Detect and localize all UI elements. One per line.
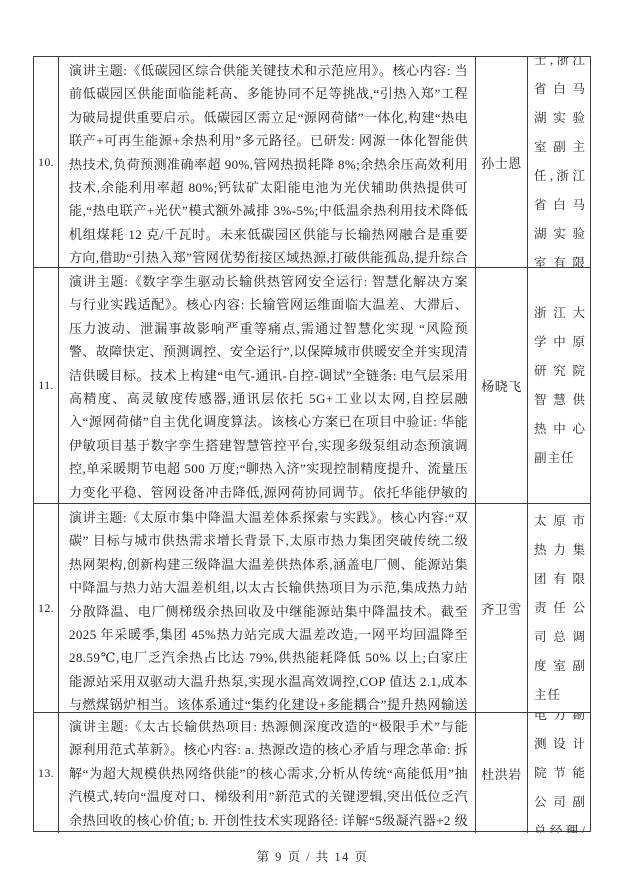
speaker-title-cell: 山西省电力勘测设计院节能公司副总经理/正高 xyxy=(528,713,590,833)
speaker-title: 太原市热力集团有限责任公司总调度室副主任 xyxy=(528,507,590,710)
speaker-title-cell: 太原市热力集团有限责任公司总调度室副主任 xyxy=(528,504,590,712)
speaker-name: 杜洪岩 xyxy=(476,713,528,833)
row-number: 12. xyxy=(34,504,59,712)
row-number: 10. xyxy=(34,57,59,267)
table-row: 11. 演讲主题:《数字孪生驱动长输供热管网安全运行: 智慧化解决方案与行业实践… xyxy=(34,268,590,504)
table-row: 10. 演讲主题:《低碳园区综合供能关键技术和示范应用》。核心内容: 当前低碳园… xyxy=(34,57,590,268)
speaker-title: 中国科学院博士,浙江省白马湖实验室副主任,浙江省白马湖实验室有限公司副总经理 xyxy=(528,57,590,267)
row-number: 13. xyxy=(34,713,59,833)
agenda-table: 10. 演讲主题:《低碳园区综合供能关键技术和示范应用》。核心内容: 当前低碳园… xyxy=(33,56,591,832)
speech-summary: 演讲主题:《数字孪生驱动长输供热管网安全运行: 智慧化解决方案与行业实践适配》。… xyxy=(59,268,476,503)
speech-summary: 演讲主题:《太原市集中降温大温差体系探索与实践》。核心内容:“双碳” 目标与城市… xyxy=(59,504,476,712)
speech-summary: 演讲主题:《低碳园区综合供能关键技术和示范应用》。核心内容: 当前低碳园区供能面… xyxy=(59,57,476,267)
speaker-name: 齐卫雪 xyxy=(476,504,528,712)
speaker-title-cell: 中国科学院博士,浙江省白马湖实验室副主任,浙江省白马湖实验室有限公司副总经理 xyxy=(528,57,590,267)
speaker-name: 孙士恩 xyxy=(476,57,528,267)
speech-summary: 演讲主题:《太古长输供热项目: 热源侧深度改造的“极限手术”与能源利用范式革新》… xyxy=(59,713,476,833)
page-footer: 第 9 页 / 共 14 页 xyxy=(0,847,625,865)
table-row: 13. 演讲主题:《太古长输供热项目: 热源侧深度改造的“极限手术”与能源利用范… xyxy=(34,713,590,833)
speaker-title: 山西省电力勘测设计院节能公司副总经理/正高 xyxy=(528,713,590,833)
document-page: 10. 演讲主题:《低碳园区综合供能关键技术和示范应用》。核心内容: 当前低碳园… xyxy=(0,0,625,883)
speaker-title: 浙江大学中原研究院智慧供热中心副主任 xyxy=(528,299,590,473)
row-number: 11. xyxy=(34,268,59,503)
speaker-name: 杨晓飞 xyxy=(476,268,528,503)
table-row: 12. 演讲主题:《太原市集中降温大温差体系探索与实践》。核心内容:“双碳” 目… xyxy=(34,504,590,713)
speaker-title-cell: 浙江大学中原研究院智慧供热中心副主任 xyxy=(528,268,590,503)
